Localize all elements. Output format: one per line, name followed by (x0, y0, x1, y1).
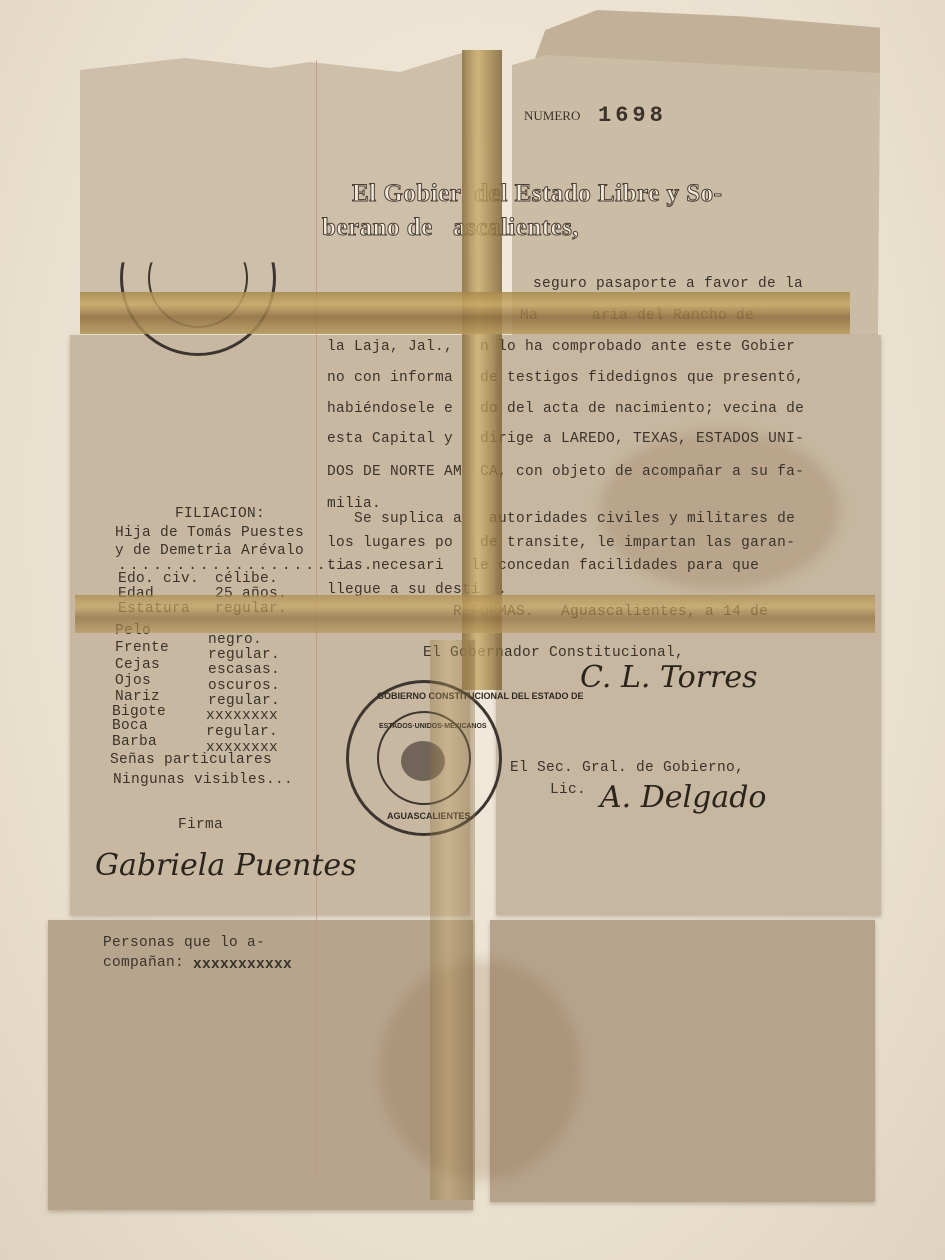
filiacion-label: Frente (115, 640, 169, 656)
secretario-signature: A. Delgado (600, 780, 767, 815)
filiacion-value: célibe. (215, 571, 278, 587)
official-seal: GOBIERNO CONSTITUCIONAL DEL ESTADO DE ES… (346, 680, 502, 836)
body-line: tias necesari le concedan facilidades pa… (327, 558, 759, 574)
tape-strip-vertical (462, 50, 502, 690)
senas-label: Señas particulares (110, 752, 272, 768)
bearer-signature: Gabriela Puentes (95, 848, 357, 883)
filiacion-label: Ojos (115, 673, 151, 689)
body-line: Se suplica a autoridades civiles y milit… (327, 511, 795, 527)
filiacion-value: xxxxxxxx (206, 708, 278, 724)
water-stain (380, 960, 580, 1180)
filiacion-heading: FILIACION: (175, 506, 265, 522)
filiacion-label: Barba (112, 734, 157, 750)
filiacion-value: negro. (208, 632, 262, 648)
title-line-2: berano de ascalientes, (322, 214, 579, 242)
gobernador-signature: C. L. Torres (580, 660, 758, 695)
filiacion-label: Cejas (115, 657, 160, 673)
filiacion-label: Edo. civ. (118, 571, 199, 587)
body-line: los lugares po de transite, le impartan … (327, 535, 795, 551)
secretario-prefix: Lic. (550, 782, 586, 798)
filiacion-value: escasas. (208, 662, 280, 678)
body-line: habiéndosele e do del acta de nacimiento… (327, 401, 804, 417)
body-line: milia. (327, 496, 381, 512)
body-line: esta Capital y dirige a LAREDO, TEXAS, E… (327, 431, 804, 447)
acompanantes-label-1: Personas que lo a- (103, 935, 265, 951)
passport-number: 1698 (598, 103, 667, 128)
numero-label: NUMERO (524, 108, 580, 124)
acompanantes-label-2: compañan: (103, 955, 184, 971)
body-line: DOS DE NORTE AM CA, con objeto de acompa… (327, 464, 804, 480)
filiacion-label: Nariz (115, 689, 160, 705)
body-line: la Laja, Jal., n lo ha comprobado ante e… (327, 339, 795, 355)
filiacion-value: regular. (208, 647, 280, 663)
filiacion-value: oscuros. (208, 678, 280, 694)
parents-line-1: Hija de Tomás Puestes (115, 525, 304, 541)
senas-value: Ningunas visibles... (113, 772, 293, 788)
seal-outer-text: GOBIERNO CONSTITUCIONAL DEL ESTADO DE (377, 691, 584, 701)
filiacion-value: regular. (206, 724, 278, 740)
body-line: seguro pasaporte a favor de la (533, 276, 803, 292)
filiacion-label: Boca (112, 718, 148, 734)
body-line: no con informa de testigos fidedignos qu… (327, 370, 804, 386)
acompanantes-value: xxxxxxxxxxx (193, 957, 292, 973)
tape-strip-horizontal-top (80, 292, 850, 334)
tape-strip-vertical-lower (430, 640, 475, 1200)
secretario-label: El Sec. Gral. de Gobierno, (510, 760, 744, 776)
tape-strip-horizontal-middle (75, 595, 875, 633)
parents-line-2: y de Demetria Arévalo (115, 543, 304, 559)
filiacion-value: regular. (208, 693, 280, 709)
firma-label: Firma (178, 817, 223, 833)
title-line-1: El Gobier del Estado Libre y So- (352, 180, 722, 208)
